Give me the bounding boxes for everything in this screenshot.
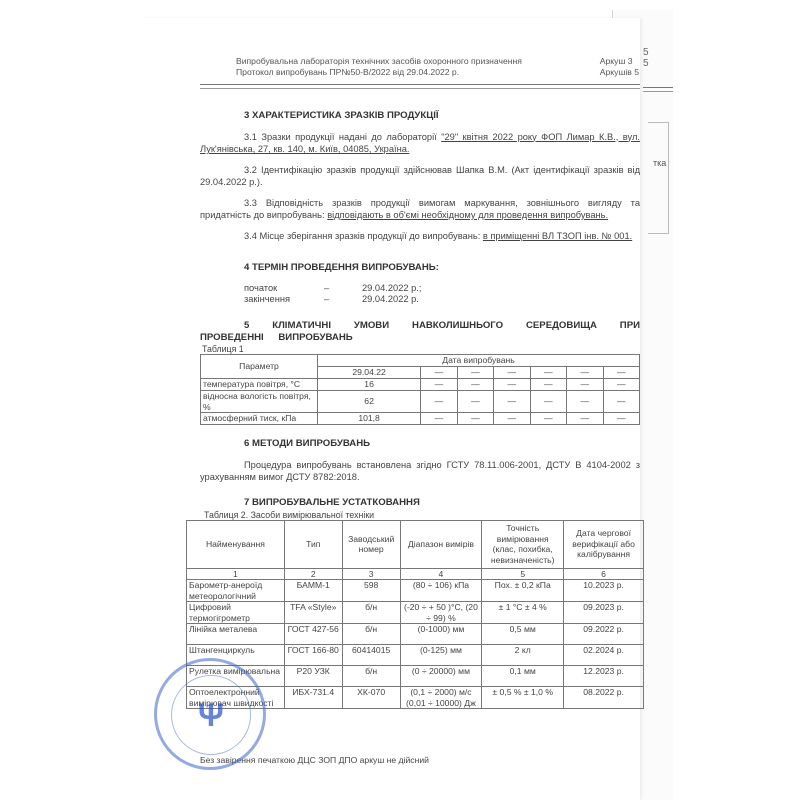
table-cell: (0,1 ÷ 2000) м/с (0,01 ÷ 10000) Дж xyxy=(400,687,482,709)
table-cell: 02.2024 р. xyxy=(564,645,644,666)
column-number-row: 123456 xyxy=(187,568,644,580)
value-cell: — xyxy=(530,379,566,391)
date-cell: — xyxy=(567,367,603,379)
table-row: відносна вологість повітря, %62—————— xyxy=(201,391,640,413)
section-5-title: 5 КЛІМАТИЧНІ УМОВИ НАВКОЛИШНЬОГО СЕРЕДОВ… xyxy=(200,320,640,344)
table-cell: 09.2022 р. xyxy=(564,624,644,645)
table-cell: TFA «Style» xyxy=(284,602,342,624)
table-cell: Пох. ± 0,2 кПа xyxy=(482,580,564,602)
param-header: Параметр xyxy=(201,355,318,379)
table-2-caption: Таблиця 2. Засоби вимірювальної техніки xyxy=(200,510,640,520)
table-cell: 60414015 xyxy=(342,645,400,666)
value-cell: 101,8 xyxy=(318,413,421,425)
param-cell: атмосферний тиск, кПа xyxy=(201,413,318,425)
p33-underlined: відповідають в об'ємі необхідному для пр… xyxy=(327,210,608,220)
table-1-caption: Таблиця 1 xyxy=(200,344,640,354)
p31-lead: 3.1 Зразки продукції надані до лаборатор… xyxy=(244,132,437,142)
value-cell: — xyxy=(494,413,530,425)
table-cell: б/н xyxy=(342,602,400,624)
document-page: Випробувальна лабораторія технічних засо… xyxy=(140,18,640,800)
table-row: атмосферний тиск, кПа101,8—————— xyxy=(201,413,640,425)
official-stamp: Ψ xyxy=(154,658,266,770)
section-6-text: Процедура випробувань встановлена згідно… xyxy=(200,459,640,484)
value-cell: — xyxy=(421,379,457,391)
period-value: 29.04.2022 р.; xyxy=(362,283,421,294)
trident-emblem-icon: Ψ xyxy=(197,695,225,735)
table-cell: ИБХ-731.4 xyxy=(284,687,342,709)
section-3: 3 ХАРАКТЕРИСТИКА ЗРАЗКІВ ПРОДУКЦІЇ 3.1 З… xyxy=(200,110,640,242)
date-header: Дата випробувань xyxy=(318,355,640,367)
table-row: температура повітря, °С16—————— xyxy=(201,379,640,391)
paragraph-3-2: 3.2 Ідентифікацію зразків продукції здій… xyxy=(200,164,640,189)
footer-note: Без завірення печаткою ДЦС ЗОП ДПО аркуш… xyxy=(200,754,640,767)
column-header: Заводський номер xyxy=(342,520,400,568)
value-cell: — xyxy=(530,413,566,425)
date-cell: 29.04.22 xyxy=(318,367,421,379)
table-cell: (0-125) мм xyxy=(400,645,482,666)
table-cell: ± 1 °С ± 4 % xyxy=(482,602,564,624)
value-cell: 16 xyxy=(318,379,421,391)
section-4-title: 4 ТЕРМІН ПРОВЕДЕННЯ ВИПРОБУВАНЬ: xyxy=(200,262,640,275)
period-value: 29.04.2022 р. xyxy=(362,294,419,305)
table-cell: Цифровий термогігрометр xyxy=(187,602,285,624)
paragraph-3-1: 3.1 Зразки продукції надані до лаборатор… xyxy=(200,131,640,156)
value-cell: 62 xyxy=(318,391,421,413)
column-number: 6 xyxy=(564,568,644,580)
value-cell: — xyxy=(421,391,457,413)
table-cell: 09.2023 р. xyxy=(564,602,644,624)
table-cell: ХК-070 xyxy=(342,687,400,709)
value-cell: — xyxy=(567,391,603,413)
value-cell: — xyxy=(567,413,603,425)
table-cell: (-20 ÷ + 50 )°С, (20 ÷ 99) % xyxy=(400,602,482,624)
section-3-title: 3 ХАРАКТЕРИСТИКА ЗРАЗКІВ ПРОДУКЦІЇ xyxy=(200,110,640,123)
section-5: 5 КЛІМАТИЧНІ УМОВИ НАВКОЛИШНЬОГО СЕРЕДОВ… xyxy=(200,320,640,425)
value-cell: — xyxy=(567,379,603,391)
back-page-sheets-number: 5 xyxy=(643,58,649,69)
table-cell: Барометр-анероїд метеорологічний xyxy=(187,580,285,602)
column-header: Тип xyxy=(284,520,342,568)
column-header: Дата чергової верифікації або калібруван… xyxy=(564,520,644,568)
sheets-total: Аркушів 5 xyxy=(600,67,639,78)
back-page-fragment: тка xyxy=(653,158,666,168)
table-cell: ГОСТ 427-56 xyxy=(284,624,342,645)
section-4: 4 ТЕРМІН ПРОВЕДЕННЯ ВИПРОБУВАНЬ: початок… xyxy=(200,262,640,305)
column-header: Точність вимірювання (клас, похибка, нев… xyxy=(482,520,564,568)
table-cell: 08.2022 р. xyxy=(564,687,644,709)
column-number: 4 xyxy=(400,568,482,580)
value-cell: — xyxy=(603,413,640,425)
table-row: ШтангенциркульГОСТ 166-8060414015(0-125)… xyxy=(187,645,644,666)
column-number: 2 xyxy=(284,568,342,580)
table-row: Барометр-анероїд метеорологічнийБАММ-159… xyxy=(187,580,644,602)
page-header: Випробувальна лабораторія технічних засо… xyxy=(236,56,636,78)
date-cell: — xyxy=(603,367,640,379)
table-cell: 2 кл xyxy=(482,645,564,666)
header-row: НайменуванняТипЗаводський номерДіапазон … xyxy=(187,520,644,568)
table-row: Цифровий термогігрометрTFA «Style»б/н(-2… xyxy=(187,602,644,624)
date-cell: — xyxy=(530,367,566,379)
value-cell: — xyxy=(457,379,493,391)
column-number: 3 xyxy=(342,568,400,580)
sheet-number: Аркуш 3 xyxy=(600,56,639,67)
table-cell: 0,1 мм xyxy=(482,666,564,687)
table-cell: ± 0,5 % ± 1,0 % xyxy=(482,687,564,709)
section-7-title: 7 ВИПРОБУВАЛЬНЕ УСТАТКОВАННЯ xyxy=(200,497,640,510)
value-cell: — xyxy=(603,391,640,413)
section-7: 7 ВИПРОБУВАЛЬНЕ УСТАТКОВАННЯ Таблиця 2. … xyxy=(200,497,640,709)
value-cell: — xyxy=(530,391,566,413)
date-cell: — xyxy=(457,367,493,379)
date-cell: — xyxy=(421,367,457,379)
p34-lead: 3.4 Місце зберігання зразків продукції д… xyxy=(244,231,480,241)
column-header: Діапазон вимірів xyxy=(400,520,482,568)
period-label: початок xyxy=(244,283,324,294)
table-cell: 0,5 мм xyxy=(482,624,564,645)
value-cell: — xyxy=(457,391,493,413)
table-cell: Р20 УЗК xyxy=(284,666,342,687)
climate-table: Параметр Дата випробувань 29.04.22——————… xyxy=(200,354,640,425)
sheet-info: Аркуш 3 Аркушів 5 xyxy=(600,56,639,78)
paragraph-3-3: 3.3 Відповідність зразків продукції вимо… xyxy=(200,197,640,222)
period-end: закінчення – 29.04.2022 р. xyxy=(244,294,640,305)
column-header: Найменування xyxy=(187,520,285,568)
back-page-sheet-number: 5 xyxy=(643,47,649,58)
p34-underlined: в приміщенні ВЛ ТЗОП інв. № 001. xyxy=(483,231,632,241)
table-cell: (0 ÷ 20000) мм xyxy=(400,666,482,687)
period-start: початок – 29.04.2022 р.; xyxy=(244,283,640,294)
header-rule xyxy=(200,84,640,89)
paragraph-3-4: 3.4 Місце зберігання зразків продукції д… xyxy=(200,230,640,243)
test-period: початок – 29.04.2022 р.; закінчення – 29… xyxy=(200,283,640,305)
value-cell: — xyxy=(603,379,640,391)
param-cell: температура повітря, °С xyxy=(201,379,318,391)
table-cell: БАММ-1 xyxy=(284,580,342,602)
period-label: закінчення xyxy=(244,294,324,305)
protocol-number: Протокол випробувань ПР№50-В/2022 від 29… xyxy=(236,67,636,78)
table-cell: 598 xyxy=(342,580,400,602)
table-cell: ГОСТ 166-80 xyxy=(284,645,342,666)
table-cell: Лінійка металева xyxy=(187,624,285,645)
table-cell: (0-1000) мм xyxy=(400,624,482,645)
column-number: 1 xyxy=(187,568,285,580)
section-6: 6 МЕТОДИ ВИПРОБУВАНЬ Процедура випробува… xyxy=(200,438,640,484)
value-cell: — xyxy=(457,413,493,425)
back-page-table-edge xyxy=(648,122,669,234)
table-cell: б/н xyxy=(342,624,400,645)
param-cell: відносна вологість повітря, % xyxy=(201,391,318,413)
table-cell: 10.2023 р. xyxy=(564,580,644,602)
lab-name: Випробувальна лабораторія технічних засо… xyxy=(236,56,636,67)
back-page-rule xyxy=(643,87,673,92)
table-cell: 12.2023 р. xyxy=(564,666,644,687)
column-number: 5 xyxy=(482,568,564,580)
table-row: Лінійка металеваГОСТ 427-56б/н(0-1000) м… xyxy=(187,624,644,645)
table-cell: б/н xyxy=(342,666,400,687)
value-cell: — xyxy=(494,379,530,391)
section-6-title: 6 МЕТОДИ ВИПРОБУВАНЬ xyxy=(200,438,640,451)
period-dash: – xyxy=(324,294,362,305)
period-dash: – xyxy=(324,283,362,294)
value-cell: — xyxy=(494,391,530,413)
table-cell: (80 ÷ 106) кПа xyxy=(400,580,482,602)
date-cell: — xyxy=(494,367,530,379)
value-cell: — xyxy=(421,413,457,425)
